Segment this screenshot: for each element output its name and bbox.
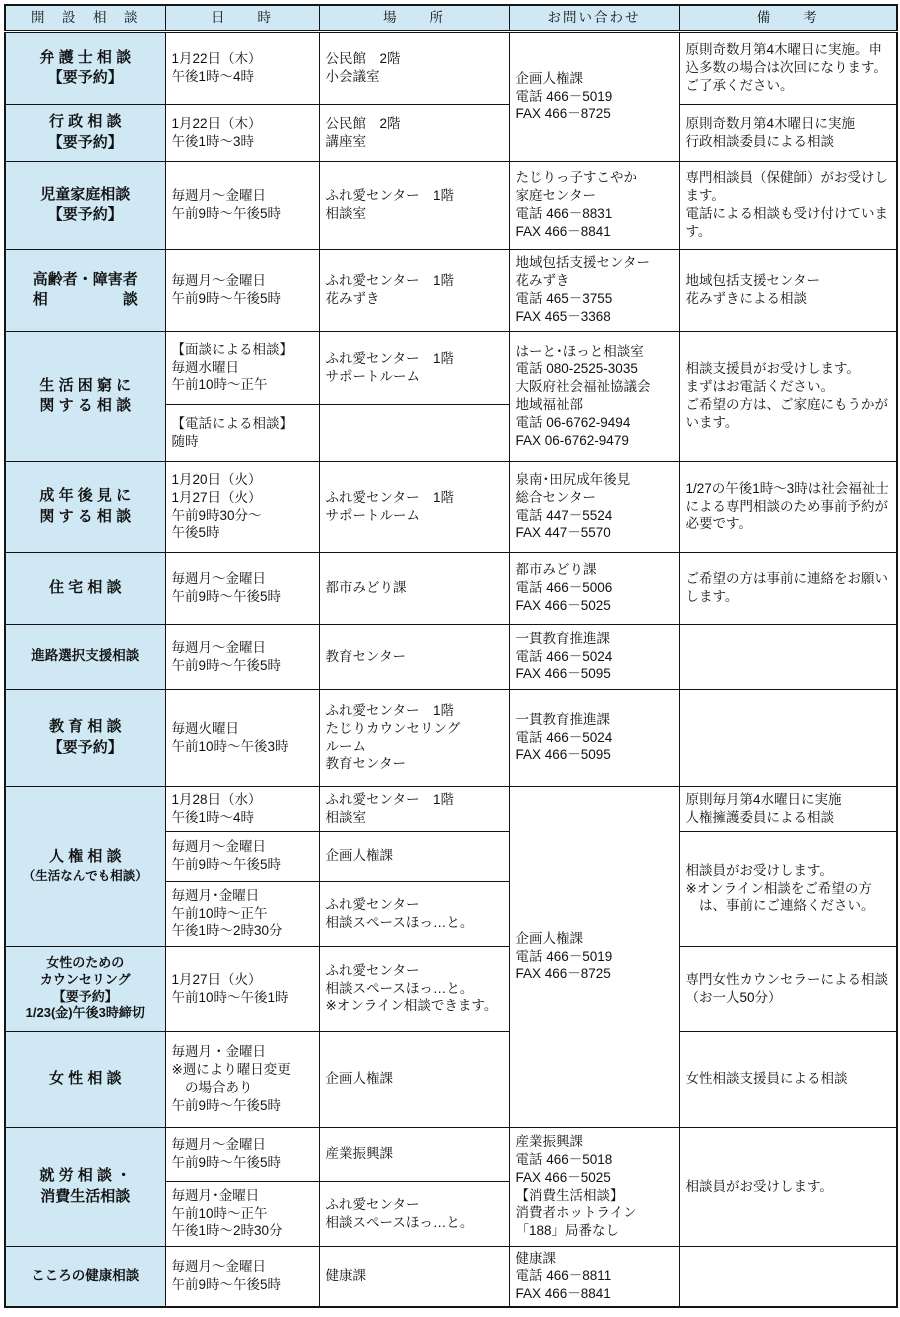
table-row: 児童家庭相談 【要予約】 毎週月～金曜日 午前9時～午後5時 ふれ愛センター 1…	[5, 161, 897, 249]
cell-place: ふれ愛センター 1階 たじりカウンセリング ルーム 教育センター	[319, 689, 509, 786]
cell-datetime: 毎週月～金曜日 午前9時～午後5時	[165, 552, 319, 624]
row-header-child-family: 児童家庭相談 【要予約】	[5, 161, 165, 249]
cell-place	[319, 404, 509, 461]
cell-datetime: 毎週火曜日 午前10時～午後3時	[165, 689, 319, 786]
table-row: 人 権 相 談 （生活なんでも相談） 1月28日（水） 午後1時～4時 ふれ愛セ…	[5, 786, 897, 831]
cell-remarks: ご希望の方は事前に連絡をお願いします。	[679, 552, 897, 624]
table-row: 住 宅 相 談 毎週月～金曜日 午前9時～午後5時 都市みどり課 都市みどり課 …	[5, 552, 897, 624]
cell-datetime: 1月22日（木） 午後1時～3時	[165, 104, 319, 161]
table-row: 生 活 困 窮 に 関 す る 相 談 【面談による相談】 毎週水曜日 午前10…	[5, 331, 897, 404]
table-row: こころの健康相談 毎週月～金曜日 午前9時～午後5時 健康課 健康課 電話 46…	[5, 1246, 897, 1307]
cell-datetime: 毎週月～金曜日 午前9時～午後5時	[165, 831, 319, 881]
cell-remarks: 原則毎月第4水曜日に実施 人権擁護委員による相談	[679, 786, 897, 831]
row-header-sub-label: （生活なんでも相談）	[12, 868, 159, 885]
cell-place: ふれ愛センター 相談スペースほっ…と。	[319, 881, 509, 946]
cell-datetime: 1月27日（火） 午前10時～午後1時	[165, 946, 319, 1031]
row-header-mental-health: こころの健康相談	[5, 1246, 165, 1307]
row-header-elderly-disabled: 高齢者・障害者 相 談	[5, 249, 165, 331]
cell-datetime: 1月28日（水） 午後1時～4時	[165, 786, 319, 831]
cell-remarks: 地域包括支援センター 花みずきによる相談	[679, 249, 897, 331]
cell-place: 都市みどり課	[319, 552, 509, 624]
row-header-women: 女 性 相 談	[5, 1031, 165, 1127]
table-row: 女 性 相 談 毎週月・金曜日 ※週により曜日変更 の場合あり 午前9時～午後5…	[5, 1031, 897, 1127]
table-row: 就 労 相 談 ・ 消費生活相談 毎週月～金曜日 午前9時～午後5時 産業振興課…	[5, 1127, 897, 1181]
table-row: 進路選択支援相談 毎週月～金曜日 午前9時～午後5時 教育センター 一貫教育推進…	[5, 624, 897, 689]
table-row: 高齢者・障害者 相 談 毎週月～金曜日 午前9時～午後5時 ふれ愛センター 1階…	[5, 249, 897, 331]
cell-contact: 泉南･田尻成年後見 総合センター 電話 447－5524 FAX 447－557…	[509, 461, 679, 552]
cell-remarks: 相談員がお受けします。	[679, 1127, 897, 1246]
cell-contact: 都市みどり課 電話 466－5006 FAX 466－5025	[509, 552, 679, 624]
cell-datetime: 1月22日（木） 午後1時～4時	[165, 31, 319, 104]
row-header-livelihood: 生 活 困 窮 に 関 す る 相 談	[5, 331, 165, 461]
cell-contact: 企画人権課 電話 466－5019 FAX 466－8725	[509, 786, 679, 1127]
cell-place: 教育センター	[319, 624, 509, 689]
cell-datetime: 毎週月･金曜日 午前10時～正午 午後1時～2時30分	[165, 881, 319, 946]
cell-remarks: 相談支援員がお受けします。 まずはお電話ください。 ご希望の方は、ご家庭にもうか…	[679, 331, 897, 461]
cell-place: ふれ愛センター 1階 相談室	[319, 161, 509, 249]
cell-datetime: 【電話による相談】 随時	[165, 404, 319, 461]
cell-datetime: 【面談による相談】 毎週水曜日 午前10時～正午	[165, 331, 319, 404]
column-header-remarks: 備 考	[679, 5, 897, 31]
cell-contact: はーと･ほっと相談室 電話 080-2525-3035 大阪府社会福祉協議会 地…	[509, 331, 679, 461]
table-row: 行 政 相 談 【要予約】 1月22日（木） 午後1時～3時 公民館 2階 講座…	[5, 104, 897, 161]
cell-contact: 一貫教育推進課 電話 466－5024 FAX 466－5095	[509, 689, 679, 786]
cell-remarks: 専門女性カウンセラーによる相談（お一人50分）	[679, 946, 897, 1031]
row-header-women-counseling: 女性のための カウンセリング 【要予約】 1/23(金)午後3時締切	[5, 946, 165, 1031]
row-header-human-rights: 人 権 相 談 （生活なんでも相談）	[5, 786, 165, 946]
cell-place: 公民館 2階 講座室	[319, 104, 509, 161]
cell-place: ふれ愛センター 相談スペースほっ…と。	[319, 1181, 509, 1246]
cell-contact: たじりっ子すこやか 家庭センター 電話 466－8831 FAX 466－884…	[509, 161, 679, 249]
cell-contact: 企画人権課 電話 466－5019 FAX 466－8725	[509, 31, 679, 161]
cell-place: 健康課	[319, 1246, 509, 1307]
cell-datetime: 毎週月～金曜日 午前9時～午後5時	[165, 624, 319, 689]
row-header-employment-consumer: 就 労 相 談 ・ 消費生活相談	[5, 1127, 165, 1246]
cell-datetime: 毎週月～金曜日 午前9時～午後5時	[165, 249, 319, 331]
cell-remarks: 原則奇数月第4木曜日に実施 行政相談委員による相談	[679, 104, 897, 161]
cell-datetime: 毎週月～金曜日 午前9時～午後5時	[165, 1127, 319, 1181]
row-header-housing: 住 宅 相 談	[5, 552, 165, 624]
cell-place: 企画人権課	[319, 831, 509, 881]
table-row: 女性のための カウンセリング 【要予約】 1/23(金)午後3時締切 1月27日…	[5, 946, 897, 1031]
row-header-main-label: 人 権 相 談	[49, 848, 122, 865]
row-header-lawyer: 弁 護 士 相 談 【要予約】	[5, 31, 165, 104]
cell-remarks: 女性相談支援員による相談	[679, 1031, 897, 1127]
column-header-contact: お問い合わせ	[509, 5, 679, 31]
cell-place: ふれ愛センター 1階 サポートルーム	[319, 461, 509, 552]
cell-place: 企画人権課	[319, 1031, 509, 1127]
cell-place: ふれ愛センター 相談スペースほっ…と。 ※オンライン相談できます。	[319, 946, 509, 1031]
cell-place: ふれ愛センター 1階 サポートルーム	[319, 331, 509, 404]
cell-datetime: 毎週月～金曜日 午前9時～午後5時	[165, 161, 319, 249]
cell-remarks: 原則奇数月第4木曜日に実施。申込多数の場合は次回になります。ご了承ください。	[679, 31, 897, 104]
cell-remarks: 1/27の午後1時～3時は社会福祉士による専門相談のため事前予約が必要です。	[679, 461, 897, 552]
row-header-adult-guardianship: 成 年 後 見 に 関 す る 相 談	[5, 461, 165, 552]
cell-datetime: 毎週月～金曜日 午前9時～午後5時	[165, 1246, 319, 1307]
column-header-place: 場 所	[319, 5, 509, 31]
consultation-schedule-table: 開 設 相 談 日 時 場 所 お問い合わせ 備 考 弁 護 士 相 談 【要予…	[4, 4, 898, 1308]
cell-place: 公民館 2階 小会議室	[319, 31, 509, 104]
table-row: 教 育 相 談 【要予約】 毎週火曜日 午前10時～午後3時 ふれ愛センター 1…	[5, 689, 897, 786]
cell-datetime: 毎週月･金曜日 午前10時～正午 午後1時～2時30分	[165, 1181, 319, 1246]
header-row: 開 設 相 談 日 時 場 所 お問い合わせ 備 考	[5, 5, 897, 31]
row-header-career-path: 進路選択支援相談	[5, 624, 165, 689]
cell-place: ふれ愛センター 1階 相談室	[319, 786, 509, 831]
cell-place: ふれ愛センター 1階 花みずき	[319, 249, 509, 331]
cell-place: 産業振興課	[319, 1127, 509, 1181]
cell-remarks	[679, 1246, 897, 1307]
cell-remarks	[679, 624, 897, 689]
column-header-datetime: 日 時	[165, 5, 319, 31]
cell-contact: 一貫教育推進課 電話 466－5024 FAX 466－5095	[509, 624, 679, 689]
row-header-education: 教 育 相 談 【要予約】	[5, 689, 165, 786]
cell-datetime: 毎週月・金曜日 ※週により曜日変更 の場合あり 午前9時～午後5時	[165, 1031, 319, 1127]
cell-remarks: 専門相談員（保健師）がお受けします。 電話による相談も受け付けています。	[679, 161, 897, 249]
table-row: 弁 護 士 相 談 【要予約】 1月22日（木） 午後1時～4時 公民館 2階 …	[5, 31, 897, 104]
cell-remarks	[679, 689, 897, 786]
cell-contact: 健康課 電話 466－8811 FAX 466－8841	[509, 1246, 679, 1307]
row-header-administrative: 行 政 相 談 【要予約】	[5, 104, 165, 161]
cell-remarks: 相談員がお受けします。 ※オンライン相談をご希望の方 は、事前にご連絡ください。	[679, 831, 897, 946]
cell-datetime: 1月20日（火） 1月27日（火） 午前9時30分～ 午後5時	[165, 461, 319, 552]
cell-contact: 地域包括支援センター 花みずき 電話 465－3755 FAX 465－3368	[509, 249, 679, 331]
table-row: 成 年 後 見 に 関 す る 相 談 1月20日（火） 1月27日（火） 午前…	[5, 461, 897, 552]
column-header-name: 開 設 相 談	[5, 5, 165, 31]
cell-contact: 産業振興課 電話 466－5018 FAX 466－5025 【消費生活相談】 …	[509, 1127, 679, 1246]
